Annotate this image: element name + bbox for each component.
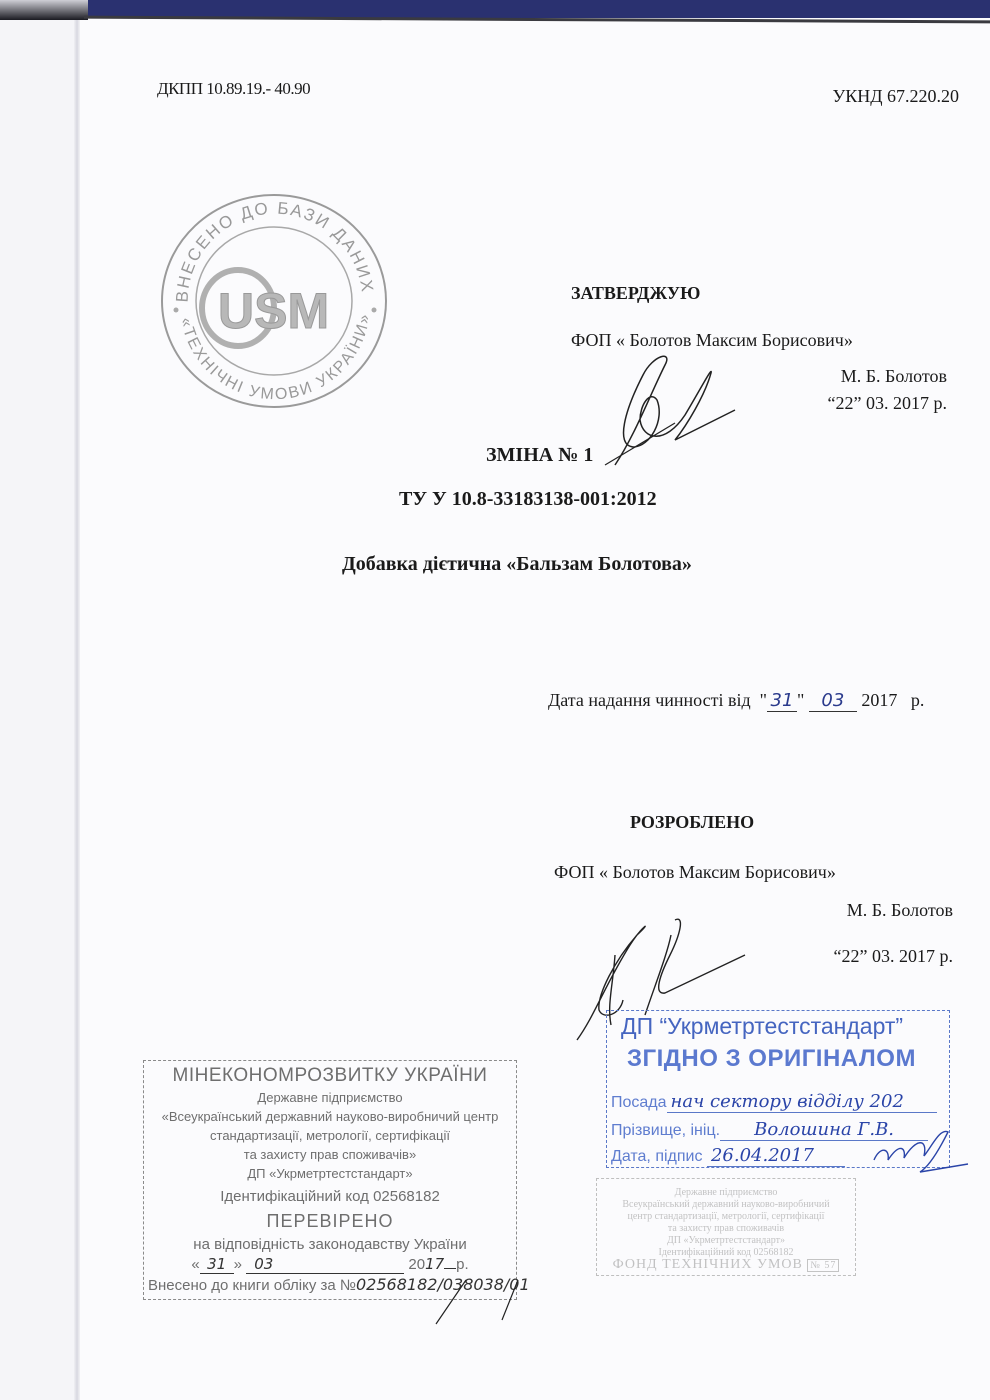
registry-strokes xyxy=(430,1280,540,1330)
name-label: Прізвище, ініц. xyxy=(611,1122,720,1139)
effective-month: 03 xyxy=(809,690,857,712)
fund-line-1: Державне підприємство xyxy=(597,1187,855,1198)
fund-line-3: центр стандартизації, метрології, сертиф… xyxy=(597,1211,855,1222)
ministry-checked: ПЕРЕВІРЕНО xyxy=(144,1211,516,1232)
technical-conditions-fund-stamp: Державне підприємство Всеукраїнський дер… xyxy=(596,1178,856,1276)
change-number: ЗМІНА № 1 xyxy=(486,444,593,467)
dkpp-code: ДКПП 10.89.19.- 40.90 xyxy=(157,79,310,99)
fund-title: ФОНД ТЕХНІЧНИХ УМОВ xyxy=(613,1257,803,1272)
page-fold-line xyxy=(74,20,80,1400)
approval-organization: ФОП « Болотов Максим Борисович» xyxy=(571,330,853,351)
ministry-compliance: на відповідність законодавству України xyxy=(144,1236,516,1253)
ministry-day: 31 xyxy=(200,1255,234,1274)
fund-line-2: Всеукраїнський державний науково-виробни… xyxy=(597,1199,855,1210)
ministry-name: МІНЕКОНОМРОЗВИТКУ УКРАЇНИ xyxy=(144,1065,516,1087)
ministry-line-3: стандартизації, метрології, сертифікації xyxy=(144,1128,516,1143)
ministry-year-prefix: 20 xyxy=(408,1256,425,1273)
registry-label: Внесено до книги обліку за № xyxy=(148,1277,356,1294)
position-value: нач сектору відділу 202 xyxy=(667,1091,937,1113)
ministry-line-4: та захисту прав споживачів» xyxy=(144,1147,516,1162)
developed-heading: РОЗРОБЛЕНО xyxy=(630,812,754,833)
ministry-year-suffix: 17 xyxy=(425,1255,444,1273)
binder-corner xyxy=(0,0,88,20)
usm-logo: USM xyxy=(218,283,329,339)
effective-date-label: Дата надання чинності від xyxy=(548,690,751,710)
uknd-code: УКНД 67.220.20 xyxy=(832,86,959,107)
date-value: 26.04.2017 xyxy=(707,1145,845,1167)
fund-number: № 57 xyxy=(807,1259,839,1272)
page-margin-strip xyxy=(0,20,80,1400)
spec-number: ТУ У 10.8-33183138-001:2012 xyxy=(399,488,657,511)
position-label: Посада xyxy=(611,1094,667,1111)
ministry-verification-stamp: МІНЕКОНОМРОЗВИТКУ УКРАЇНИ Державне підпр… xyxy=(143,1060,517,1300)
developed-signatory: М. Б. Болотов xyxy=(847,900,953,921)
approval-signatory: М. Б. Болотов xyxy=(841,366,947,387)
certified-title: ЗГІДНО З ОРИГІНАЛОМ xyxy=(627,1045,916,1073)
database-round-stamp: ВНЕСЕНО ДО БАЗИ ДАНИХ «ТЕХНІЧНІ УМОВИ УК… xyxy=(158,190,390,412)
effective-year-suffix: р. xyxy=(911,690,925,710)
fund-line-5: ДП «Укрметртестстандарт» xyxy=(597,1235,855,1246)
ministry-id-code: Ідентифікаційний код 02568182 xyxy=(144,1188,516,1205)
product-name: Добавка дієтична «Бальзам Болотова» xyxy=(342,553,692,576)
ministry-year-end: р. xyxy=(456,1256,469,1273)
effective-day: 31 xyxy=(767,690,797,712)
approval-date: “22” 03. 2017 р. xyxy=(828,393,947,414)
fund-line-4: та захисту прав споживачів xyxy=(597,1223,855,1234)
date-label: Дата, підпис xyxy=(611,1148,702,1165)
certified-signature xyxy=(870,1128,970,1178)
approval-signature xyxy=(595,355,745,475)
ministry-line-1: Державне підприємство xyxy=(144,1090,516,1105)
certified-org: ДП “Укрметртестстандарт” xyxy=(621,1013,903,1040)
developed-date: “22” 03. 2017 р. xyxy=(834,946,953,967)
ministry-line-5: ДП «Укрметртестстандарт» xyxy=(144,1166,516,1181)
effective-year: 2017 xyxy=(861,690,897,710)
ministry-line-2: «Всеукраїнський державний науково-виробн… xyxy=(144,1109,516,1124)
developed-organization: ФОП « Болотов Максим Борисович» xyxy=(554,862,836,883)
effective-date: Дата надання чинності від "31" 03 2017 р… xyxy=(548,690,924,712)
approval-heading: ЗАТВЕРДЖУЮ xyxy=(571,283,700,304)
ministry-month: 03 xyxy=(246,1255,404,1274)
